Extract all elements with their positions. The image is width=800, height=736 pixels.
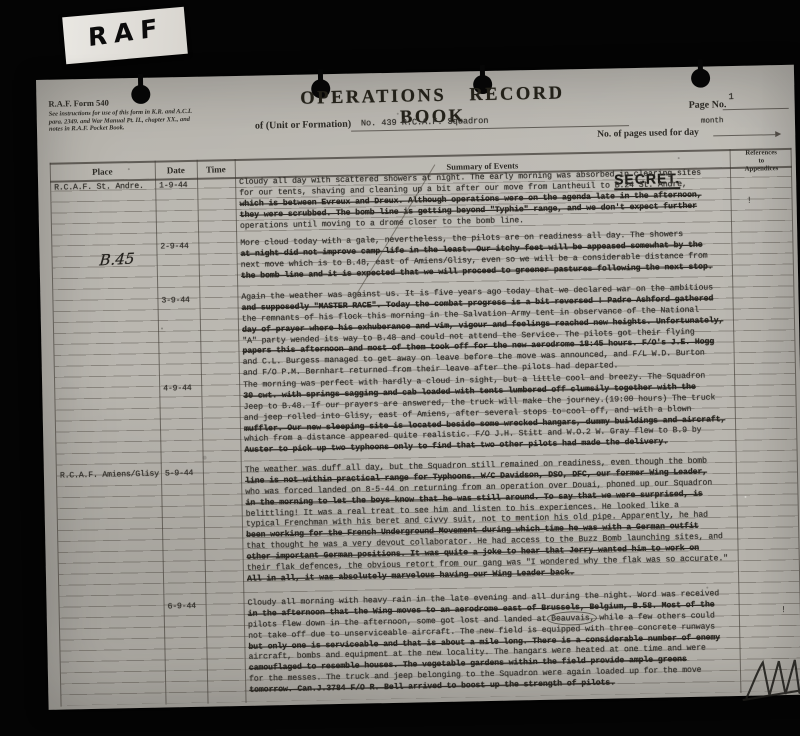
entry-summary: Cloudy all morning with heavy rain in th… [247,589,749,697]
date-cell: 4-9-44 [163,384,191,394]
pages-used-label: No. of pages used for day [597,128,699,140]
page-no-value: 1 [728,92,734,102]
document-paper: R.A.F. Form 540 See instructions for use… [36,65,800,710]
date-cell: 3-9-44 [161,296,189,306]
paper-specks [36,80,38,82]
tab-handwriting: RAF [88,12,165,52]
form-instructions: See instructions for use of this form in… [49,107,234,133]
entry-summary: Again the weather was against us. It is … [241,283,743,380]
entry-summary: The weather was duff all day, but the Sq… [245,456,747,586]
col-header-place: Place [50,166,155,178]
col-header-date: Date [155,165,197,176]
pages-used-line [713,134,775,136]
month-note: month [701,117,724,125]
punch-hole [691,68,710,87]
place-cell: R.C.A.F. St. Andre. [54,182,144,193]
entry-summary: Cloudy all day with scattered showers at… [239,168,740,232]
form-number: R.A.F. Form 540 [48,98,109,109]
entry-summary: The morning was perfect with hardly a cl… [243,371,744,457]
unit-label: of (Unit or Formation) [255,119,351,132]
handwritten-b45: B.45 [99,249,136,269]
date-cell: 1-9-44 [159,181,187,191]
date-cell: 2-9-44 [160,242,188,252]
date-cell: 6-9-44 [168,602,196,612]
margin-mark: ! [746,196,752,206]
date-cell: 5-9-44 [165,469,193,479]
punch-hole [131,85,150,104]
col-header-references: References to Appendices [732,149,791,175]
index-tab: RAF [62,7,188,64]
page-no-label: Page No. [689,99,727,111]
entries-container: R.C.A.F. St. Andre.1-9-44Cloudy all day … [36,65,794,80]
refs-header-line: Appendices [732,165,791,174]
col-header-time: Time [197,164,235,175]
signature-scribble [742,657,800,702]
page-no-underline [723,108,789,110]
margin-mark: ! [781,605,787,615]
arrow-icon [775,131,781,137]
